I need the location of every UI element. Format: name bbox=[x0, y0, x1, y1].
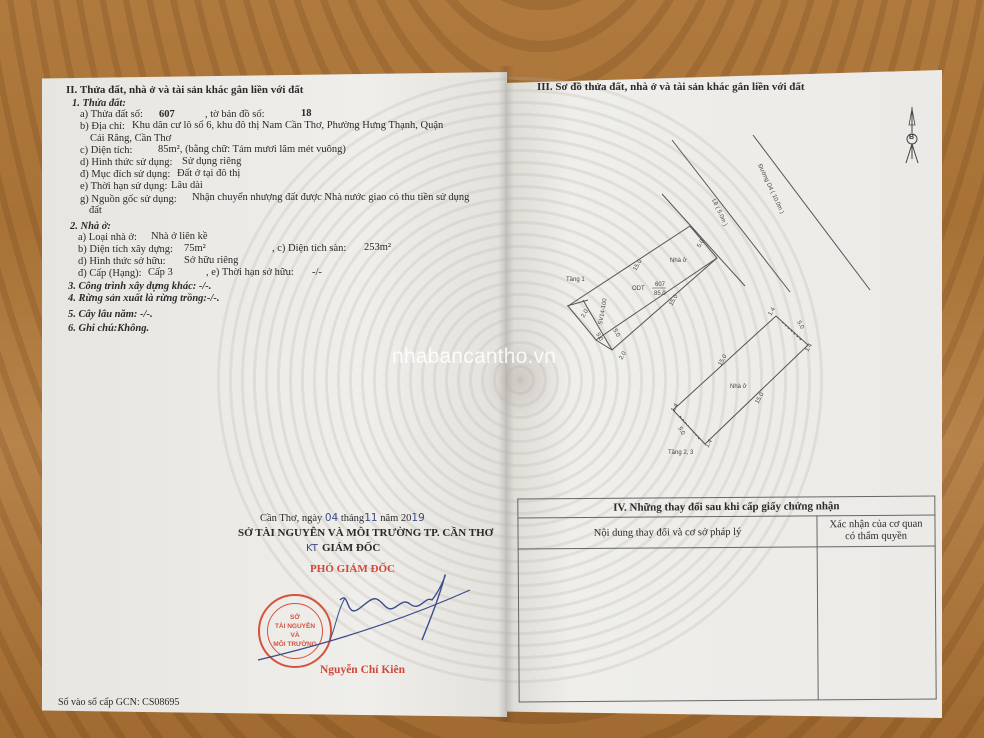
term-label: e) Thời hạn sử dụng: bbox=[80, 180, 167, 193]
agency-name: SỞ TÀI NGUYÊN VÀ MÔI TRƯỜNG TP. CẦN THƠ bbox=[238, 527, 493, 540]
authority-line-1: Xác nhận của cơ quan bbox=[829, 519, 922, 531]
official-red-stamp: SỞ TÀI NGUYÊN VÀ MÔI TRƯỜNG bbox=[258, 594, 332, 668]
date-month: 11 bbox=[364, 512, 377, 524]
place-date: Cần Thơ, ngày 04 tháng11 năm 2019 bbox=[260, 512, 425, 525]
date-day: 04 bbox=[325, 512, 338, 524]
forest: 4. Rừng sản xuất là rừng trồng:-/-. bbox=[68, 292, 219, 305]
changes-table: IV. Những thay đổi sau khi cấp giấy chứn… bbox=[517, 496, 936, 703]
year-label: năm 20 bbox=[380, 513, 411, 524]
stamp-line: VÀ bbox=[260, 632, 330, 640]
floor-area-value: 253m² bbox=[364, 241, 391, 254]
registry-number: Số vào sổ cấp GCN: CS08695 bbox=[58, 696, 179, 709]
north-arrow-icon: B bbox=[903, 107, 921, 167]
changes-content-cell bbox=[518, 547, 818, 702]
perennial-trees: 5. Cây lâu năm: -/-. bbox=[68, 308, 153, 321]
own-term-label: , e) Thời hạn sở hữu: bbox=[206, 266, 294, 279]
stamp-line: MÔI TRƯỜNG bbox=[260, 641, 330, 649]
month-label: tháng bbox=[341, 513, 364, 524]
address-line-1: Khu dân cư lô số 6, khu đô thị Nam Cần T… bbox=[132, 119, 443, 132]
website-watermark: nhabancantho.vn bbox=[392, 345, 556, 369]
kt-mark: KT bbox=[306, 542, 318, 555]
origin-line-2: đất bbox=[89, 204, 102, 217]
signer-name: Nguyễn Chí Kiên bbox=[320, 664, 405, 677]
own-term-value: -/- bbox=[312, 266, 322, 279]
grade-value: Cấp 3 bbox=[148, 266, 173, 279]
date-year-suffix: 19 bbox=[411, 512, 424, 524]
origin-line-1: Nhận chuyển nhượng đất được Nhà nước gia… bbox=[192, 191, 469, 204]
note: 6. Ghi chú:Không. bbox=[68, 322, 149, 335]
changes-column-authority: Xác nhận của cơ quan có thẩm quyền bbox=[817, 515, 935, 547]
page-fold bbox=[498, 66, 514, 722]
north-label: B bbox=[909, 134, 914, 141]
stamp-line: SỞ bbox=[260, 614, 330, 622]
changes-column-content: Nội dung thay đổi và cơ sở pháp lý bbox=[518, 516, 817, 549]
floor-area-label: , c) Diện tích sàn: bbox=[272, 242, 346, 255]
director-title: GIÁM ĐỐC bbox=[322, 542, 380, 555]
stamp-line: TÀI NGUYÊN bbox=[260, 623, 330, 631]
authority-line-2: có thẩm quyền bbox=[845, 531, 907, 542]
deputy-director-title: PHÓ GIÁM ĐỐC bbox=[310, 563, 395, 576]
authority-cell bbox=[817, 546, 936, 700]
place-date-prefix: Cần Thơ, ngày bbox=[260, 513, 322, 524]
section-2-heading: II. Thửa đất, nhà ở và tài sản khác gắn … bbox=[66, 84, 303, 97]
section-3-heading: III. Sơ đồ thửa đất, nhà ở và tài sản kh… bbox=[537, 81, 805, 94]
grade-label: đ) Cấp (Hạng): bbox=[78, 267, 142, 280]
